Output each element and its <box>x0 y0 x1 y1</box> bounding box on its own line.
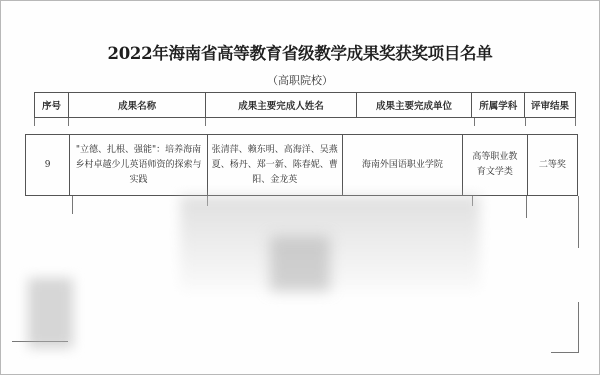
col-header-people: 成果主要完成人姓名 <box>206 93 356 118</box>
table-line-stub <box>526 196 527 218</box>
col-header-subject: 所属学科 <box>472 93 525 118</box>
row-unit: 海南外国语职业学院 <box>342 135 462 196</box>
table-row: 9 "立德、扎根、强能"：培养海南乡村卓越少儿英语师资的探索与实践 张清萍、赖东… <box>26 135 578 196</box>
results-table: 9 "立德、扎根、强能"：培养海南乡村卓越少儿英语师资的探索与实践 张清萍、赖东… <box>25 134 578 196</box>
col-header-name: 成果名称 <box>68 93 205 118</box>
table-line-stub <box>72 196 73 214</box>
blurred-region <box>270 236 330 291</box>
row-achievement-name: "立德、扎根、强能"：培养海南乡村卓越少儿英语师资的探索与实践 <box>70 135 207 196</box>
col-header-result: 评审结果 <box>525 93 576 118</box>
blurred-region <box>180 196 480 291</box>
row-people: 张清萍、赖东明、高海洋、吴燕夏、杨丹、郑一新、陈春妮、曹阳、金龙英 <box>207 135 342 196</box>
header-row: 序号 成果名称 成果主要完成人姓名 成果主要完成单位 所属学科 评审结果 <box>35 93 576 118</box>
table-corner-fragment <box>551 302 579 353</box>
document-title: 2022年海南省高等教育省级教学成果奖获奖项目名单 <box>0 40 600 64</box>
col-header-unit: 成果主要完成单位 <box>356 93 472 118</box>
table-header: 序号 成果名称 成果主要完成人姓名 成果主要完成单位 所属学科 评审结果 <box>34 92 576 118</box>
table-line-stub <box>578 196 579 248</box>
row-result: 二等奖 <box>527 135 577 196</box>
row-subject: 高等职业教育文学类 <box>462 135 527 196</box>
row-index: 9 <box>26 135 70 196</box>
header-row-stub <box>34 118 576 126</box>
blurred-region <box>28 278 73 348</box>
col-header-index: 序号 <box>35 93 69 118</box>
document-subtitle: （高职院校） <box>0 72 600 88</box>
